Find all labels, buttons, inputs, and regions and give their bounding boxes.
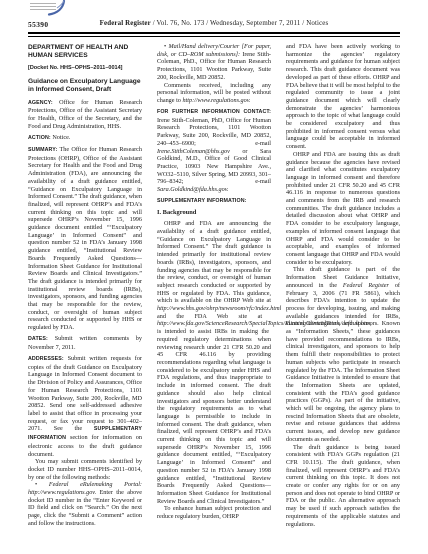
comments-posted-paragraph: Comments received, including any persona… bbox=[157, 82, 271, 105]
summary-label: SUMMARY: bbox=[28, 147, 57, 153]
erulemaking-portal-bullet: • Federal eRulemaking Portal: http://www… bbox=[28, 481, 142, 527]
ohrp-website-link[interactable]: http://www.hhs.gov/ohrp/newsroom/rfc/ind… bbox=[157, 305, 281, 312]
comments-intro-paragraph: You may submit comments identified by do… bbox=[28, 458, 142, 481]
federal-register-reference: Federal Register bbox=[343, 282, 389, 289]
draft-issuance-paragraph: OHRP and FDA are issuing this as draft g… bbox=[286, 151, 400, 267]
department-heading: DEPARTMENT OF HEALTH AND HUMAN SERVICES bbox=[28, 44, 142, 60]
ggp-regulation-paragraph: The draft guidance is being issued consi… bbox=[286, 444, 400, 529]
contact-email-link[interactable]: Sara.Goldkind@fda.hhs.gov. bbox=[157, 186, 229, 193]
seal-swoosh-icon bbox=[42, 0, 68, 22]
document-title: Guidance on Exculpatory Language in Info… bbox=[28, 78, 142, 94]
contact-paragraph: FOR FURTHER INFORMATION CONTACT: Irene S… bbox=[157, 108, 271, 194]
column-middle: • Mail/Hand delivery/Courier [For paper,… bbox=[157, 43, 271, 521]
addresses-label: ADDRESSES: bbox=[28, 356, 64, 362]
agency-paragraph: AGENCY: Office for Human Research Protec… bbox=[28, 99, 142, 131]
action-paragraph: ACTION: Notice. bbox=[28, 134, 142, 143]
journal-issue-info: / Vol. 76, No. 173 / Wednesday, Septembe… bbox=[151, 20, 329, 27]
page-number: 55390 bbox=[28, 20, 48, 29]
background-text-1: OHRP and FDA are announcing the availabi… bbox=[157, 220, 271, 304]
column-right: and FDA have been actively working to ha… bbox=[286, 43, 400, 528]
mail-delivery-bullet: • Mail/Hand delivery/Courier [For paper,… bbox=[157, 43, 271, 82]
column-left: DEPARTMENT OF HEALTH AND HUMAN SERVICES … bbox=[28, 43, 142, 528]
agency-label: AGENCY: bbox=[28, 100, 53, 106]
journal-name: Federal Register bbox=[100, 20, 151, 27]
page-header: 55390 Federal Register / Vol. 76, No. 17… bbox=[28, 20, 400, 31]
initiative-text-2: of February 3, 2006 (71 FR 5861), which … bbox=[286, 282, 400, 443]
background-section-heading: I. Background bbox=[157, 209, 271, 217]
for-further-information-label: FOR FURTHER INFORMATION CONTACT: bbox=[157, 109, 271, 115]
addresses-text-1: Submit written requests for copies of th… bbox=[28, 355, 142, 432]
docket-number: [Docket No. HHS–OPHS–2011–0014] bbox=[28, 65, 142, 73]
contact-text-1: Irene Stith-Coleman, PhD, Office for Hum… bbox=[157, 117, 271, 147]
background-paragraph-1: OHRP and FDA are announcing the availabi… bbox=[157, 220, 271, 505]
addresses-paragraph: ADDRESSES: Submit written requests for c… bbox=[28, 355, 142, 458]
journal-title-line: Federal Register / Vol. 76, No. 173 / We… bbox=[28, 20, 400, 27]
action-text: Notice. bbox=[51, 134, 71, 141]
dates-paragraph: DATES: Submit written comments by Novemb… bbox=[28, 335, 142, 351]
gpo-authentication-seal-icon bbox=[30, 3, 66, 21]
action-label: ACTION: bbox=[28, 135, 51, 141]
background-text-3: is intended to assist IRBs in making the… bbox=[157, 328, 271, 504]
header-double-rule bbox=[28, 32, 400, 37]
summary-paragraph: SUMMARY: The Office for Human Research P… bbox=[28, 146, 142, 332]
regulations-gov-link[interactable]: http://www.regulations.gov. bbox=[182, 97, 250, 104]
dates-label: DATES: bbox=[28, 336, 48, 342]
summary-text: The Office for Human Research Protection… bbox=[28, 146, 142, 331]
background-text-2: and the FDA Web site at bbox=[157, 313, 262, 320]
harmonization-paragraph: and FDA have been actively working to ha… bbox=[286, 43, 400, 151]
federal-register-page: 55390 Federal Register / Vol. 76, No. 17… bbox=[0, 0, 428, 554]
contact-email-link[interactable]: Irene.StithColeman@hhs.gov bbox=[157, 148, 230, 155]
supplementary-information-heading: SUPPLEMENTARY INFORMATION: bbox=[157, 197, 271, 206]
background-paragraph-2: To enhance human subject protection and … bbox=[157, 505, 271, 520]
regulations-gov-link[interactable]: http://www.regulations.gov. bbox=[28, 489, 96, 496]
portal-label: Federal eRulemaking Portal: bbox=[37, 481, 142, 488]
information-sheet-initiative-paragraph: This draft guidance is part of the Infor… bbox=[286, 266, 400, 443]
